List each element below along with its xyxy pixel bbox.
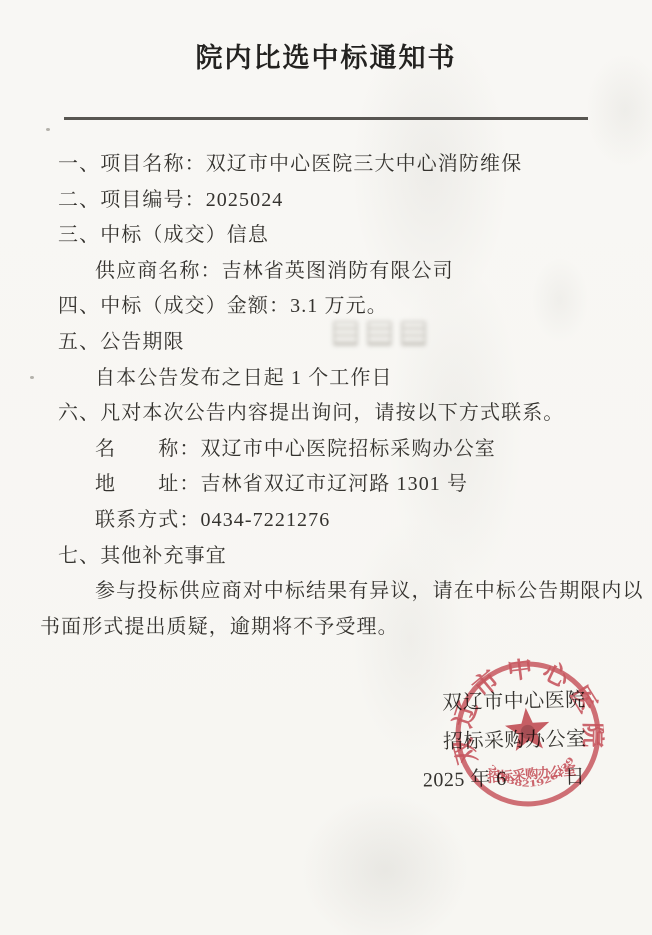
- document-title: 院内比选中标通知书: [0, 36, 652, 75]
- line-project-number: 二、项目编号：2025024: [0, 183, 652, 219]
- scan-speck: [46, 128, 50, 131]
- seal-ring-text: 双辽市中心医院: [446, 652, 610, 768]
- line-supplier-name: 供应商名称：吉林省英图消防有限公司: [0, 254, 652, 290]
- line-objection-2: 书面形式提出质疑，逾期将不予受理。: [0, 610, 652, 646]
- line-notice-period: 五、公告期限: [0, 325, 652, 361]
- line-objection-1: 参与投标供应商对中标结果有异议，请在中标公告期限内以: [0, 574, 652, 610]
- line-period-detail: 自本公告发布之日起 1 个工作日: [0, 361, 652, 397]
- line-inquiry-notice: 六、凡对本次公告内容提出询问，请按以下方式联系。: [0, 396, 652, 432]
- line-contact-phone: 联系方式：0434-7221276: [0, 503, 652, 539]
- official-seal: 双辽市中心医院 招标采购办公室 2203821926229: [446, 652, 611, 817]
- title-divider-line: [64, 117, 588, 120]
- ink-bleed-smudge: [333, 318, 433, 346]
- line-project-name: 一、项目名称：双辽市中心医院三大中心消防维保: [0, 147, 652, 183]
- document-body: 一、项目名称：双辽市中心医院三大中心消防维保 二、项目编号：2025024 三、…: [0, 147, 652, 645]
- line-contact-name: 名 称：双辽市中心医院招标采购办公室: [0, 432, 652, 468]
- line-award-amount: 四、中标（成交）金额：3.1 万元。: [0, 289, 652, 325]
- scan-speck: [30, 376, 34, 379]
- line-contact-address: 地 址：吉林省双辽市辽河路 1301 号: [0, 467, 652, 503]
- scanned-document-page: 院内比选中标通知书 一、项目名称：双辽市中心医院三大中心消防维保 二、项目编号：…: [0, 0, 652, 935]
- svg-text:双辽市中心医院: 双辽市中心医院: [446, 652, 610, 768]
- line-supplement: 七、其他补充事宜: [0, 539, 652, 575]
- line-award-info: 三、中标（成交）信息: [0, 218, 652, 254]
